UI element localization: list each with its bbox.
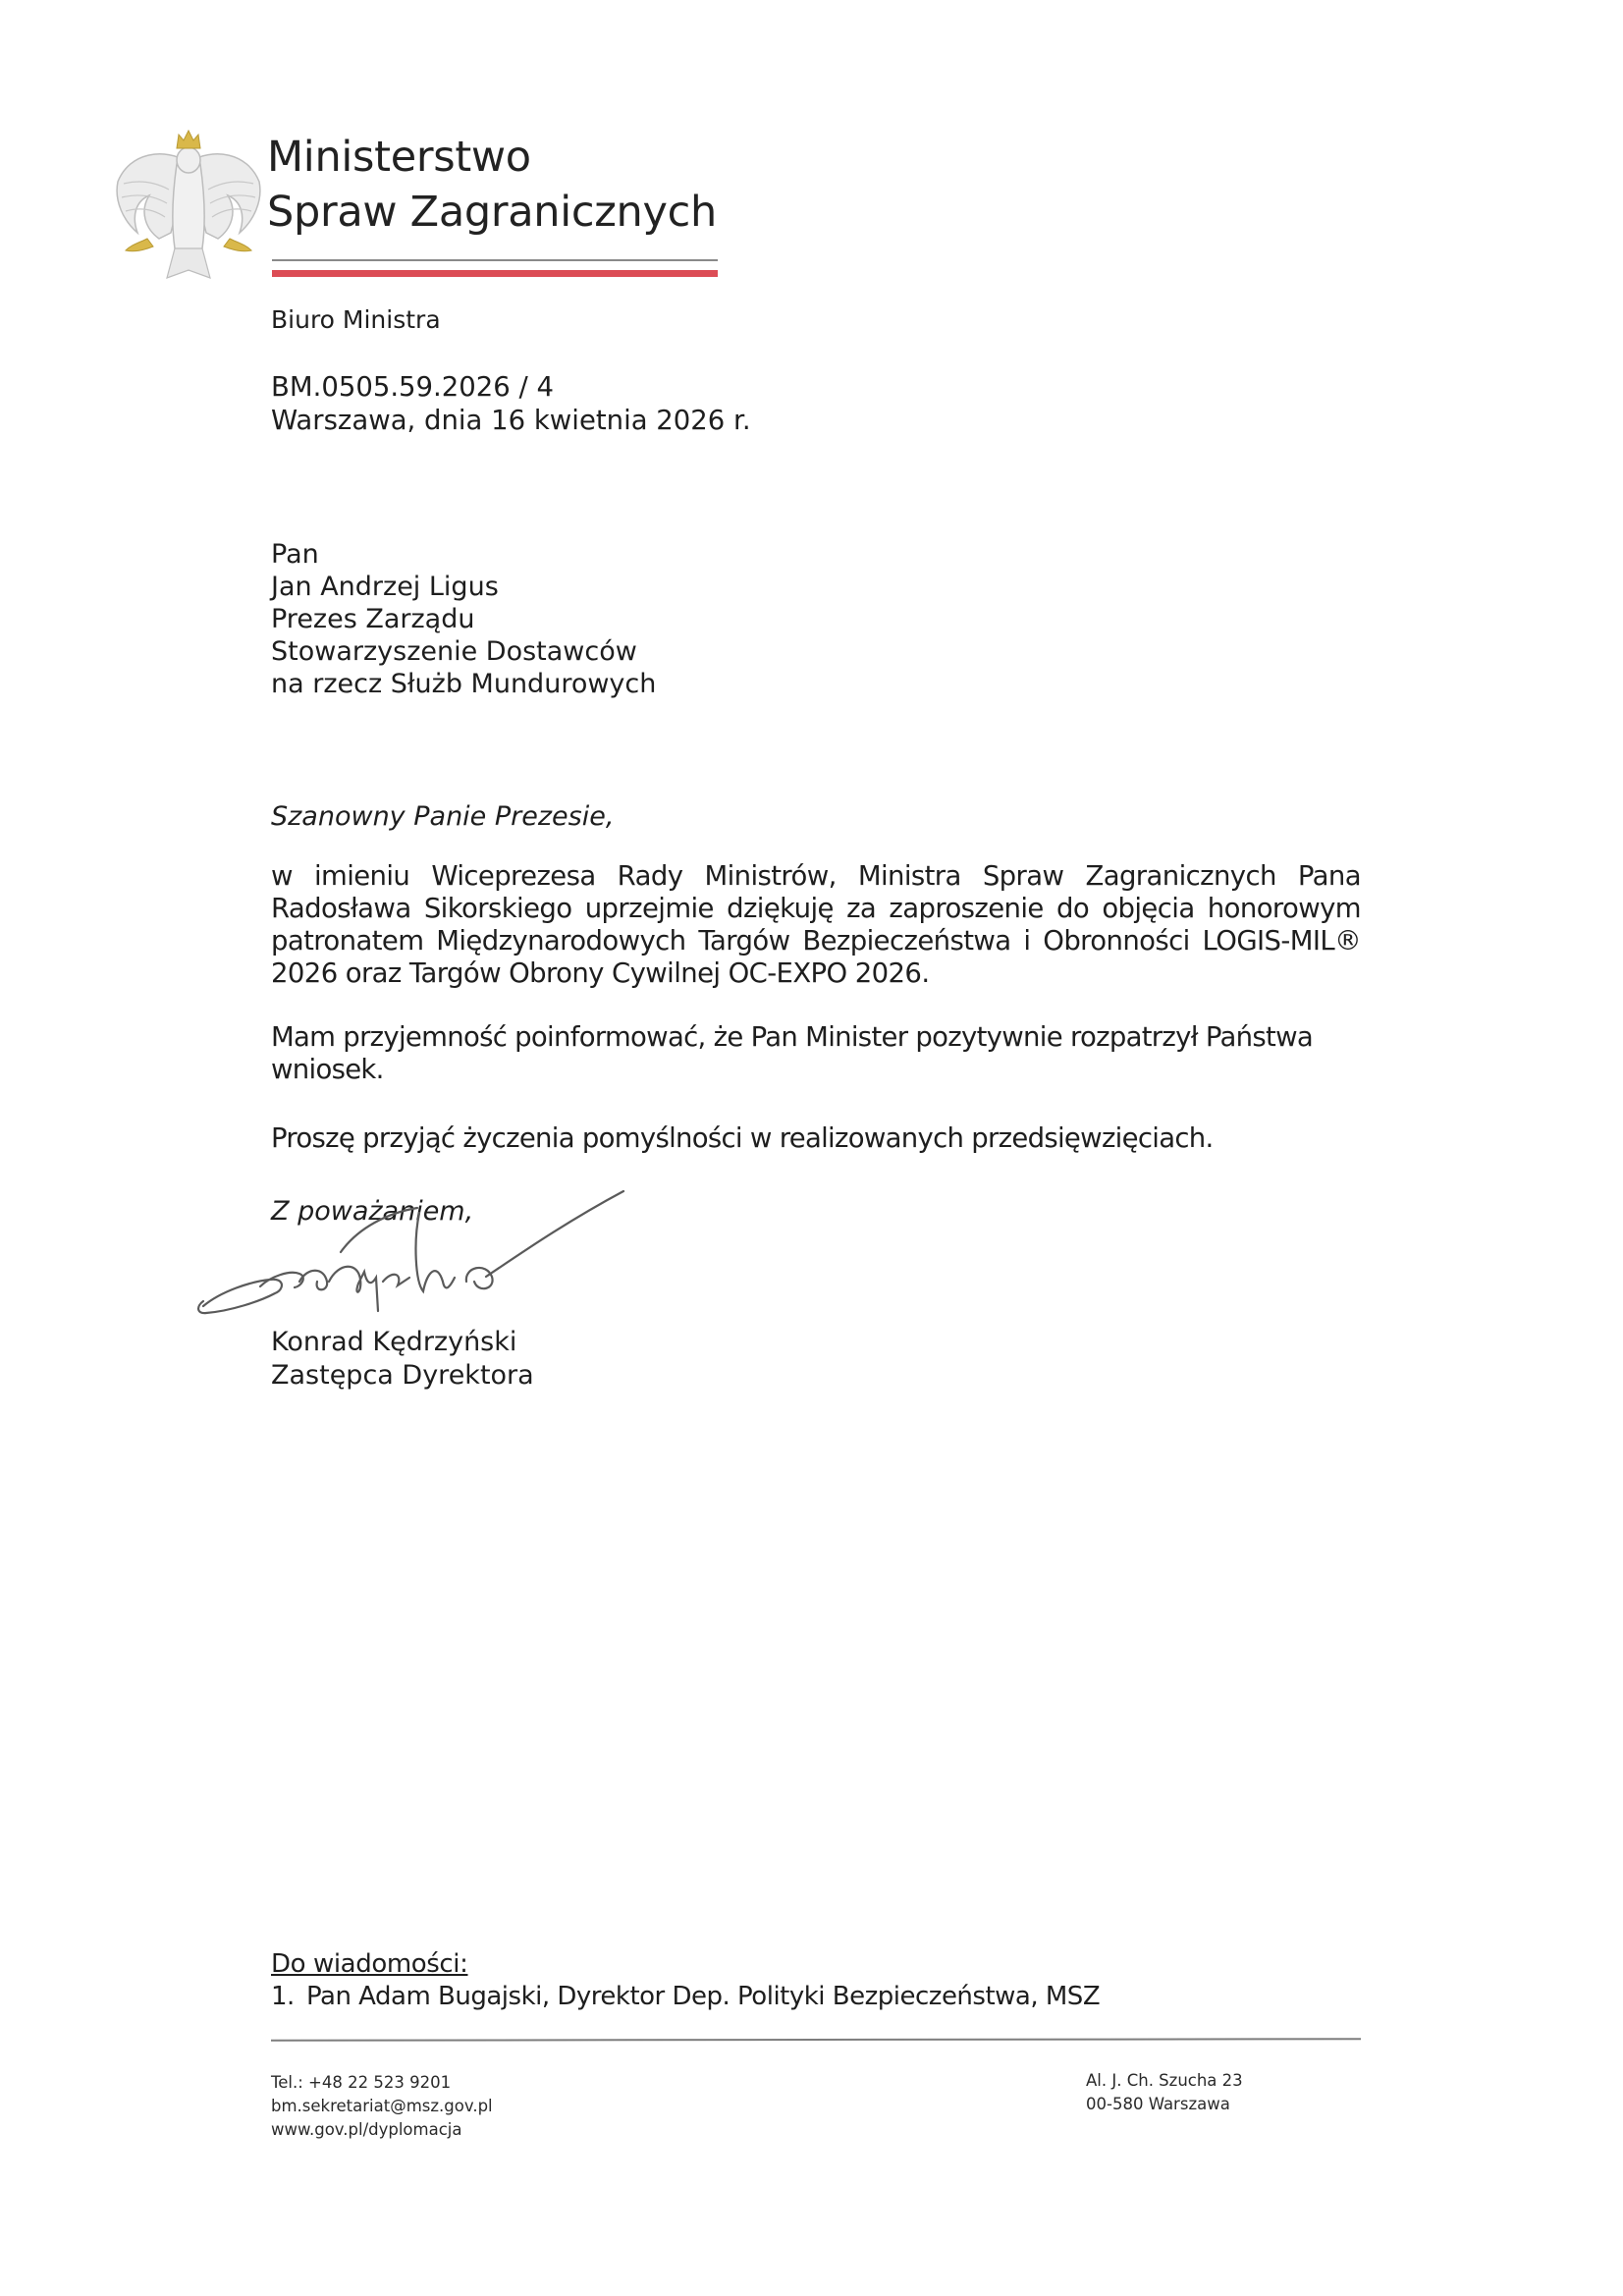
addressee-line: Jan Andrzej Ligus [271, 571, 656, 603]
addressee-line: Pan [271, 538, 656, 571]
footer-contact: Tel.: +48 22 523 9201 bm.sekretariat@msz… [271, 2071, 493, 2142]
addressee-line: Stowarzyszenie Dostawców [271, 635, 656, 668]
body-paragraph: Mam przyjemność poinformować, że Pan Min… [271, 1021, 1361, 1086]
ministry-name-line1: Ministerstwo [267, 130, 717, 185]
footer-address-line2: 00-580 Warszawa [1086, 2093, 1243, 2116]
office-name: Biuro Ministra [271, 303, 441, 336]
cc-title: Do wiadomości: [271, 1949, 467, 1979]
salutation: Szanowny Panie Prezesie, [271, 800, 614, 833]
cc-item-number: 1. [271, 1982, 306, 2011]
ministry-name-line2: Spraw Zagranicznych [267, 185, 717, 240]
cc-item-text: Pan Adam Bugajski, Dyrektor Dep. Polityk… [306, 1982, 1100, 2011]
reference-number: BM.0505.59.2026 / 4 [271, 370, 751, 404]
addressee-line: na rzecz Służb Mundurowych [271, 668, 656, 700]
cc-item: 1.Pan Adam Bugajski, Dyrektor Dep. Polit… [271, 1982, 1100, 2011]
cc-list: 1.Pan Adam Bugajski, Dyrektor Dep. Polit… [271, 1982, 1100, 2011]
signature-icon [191, 1183, 653, 1370]
addressee-line: Prezes Zarządu [271, 603, 656, 635]
footer-address: Al. J. Ch. Szucha 23 00-580 Warszawa [1086, 2069, 1243, 2116]
footer-email[interactable]: bm.sekretariat@msz.gov.pl [271, 2095, 493, 2118]
footer-divider [271, 2038, 1361, 2042]
footer-address-line1: Al. J. Ch. Szucha 23 [1086, 2069, 1243, 2093]
body-paragraph: Proszę przyjąć życzenia pomyślności w re… [271, 1122, 1361, 1155]
eagle-emblem-icon [110, 123, 267, 285]
footer-website[interactable]: www.gov.pl/dyplomacja [271, 2118, 493, 2142]
letterhead-red-rule [272, 270, 718, 277]
footer-phone: Tel.: +48 22 523 9201 [271, 2071, 493, 2095]
ministry-name: Ministerstwo Spraw Zagranicznych [267, 130, 717, 240]
body-paragraph: w imieniu Wiceprezesa Rady Ministrów, Mi… [271, 860, 1361, 990]
place-date: Warszawa, dnia 16 kwietnia 2026 r. [271, 404, 751, 437]
addressee-block: Pan Jan Andrzej Ligus Prezes Zarządu Sto… [271, 538, 656, 700]
letterhead-grey-rule [272, 259, 718, 261]
reference-block: BM.0505.59.2026 / 4 Warszawa, dnia 16 kw… [271, 370, 751, 437]
